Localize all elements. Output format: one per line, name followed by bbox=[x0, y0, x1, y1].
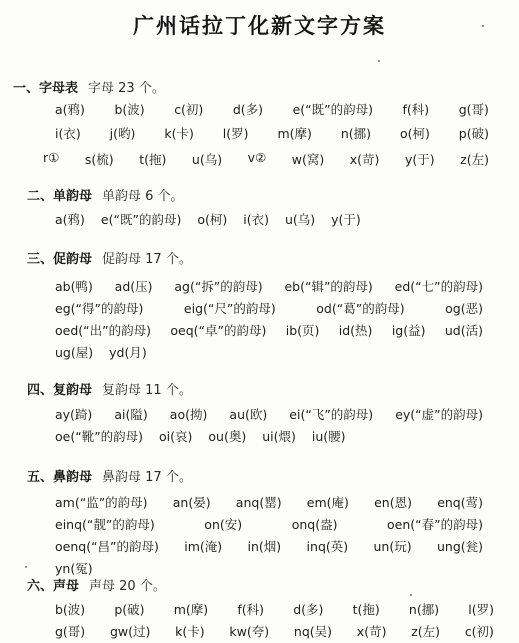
entry-paragraph: ay(踦) ai(隘) ao(拗) au(欧) ei(“飞”的韵母) ey(“虚… bbox=[55, 404, 495, 448]
letter-entry: v② bbox=[248, 150, 267, 168]
letter-entry: n(挪) bbox=[341, 124, 371, 142]
letter-entry: x(苛) bbox=[350, 150, 380, 168]
section-heading: 二、单韵母单韵母 6 个。 bbox=[27, 185, 184, 204]
initial-entry: n(挪) bbox=[409, 600, 439, 618]
letter-entry: t(拖) bbox=[139, 150, 166, 168]
final-entry: ai(隘) bbox=[114, 404, 147, 426]
final-entry: ed(“七”的韵母) bbox=[395, 276, 483, 298]
initial-entry: nq(吴) bbox=[294, 622, 332, 640]
initial-entry: l(罗) bbox=[468, 600, 494, 618]
section-description: 单韵母 6 个。 bbox=[102, 189, 184, 204]
letter-entry: i(衣) bbox=[55, 124, 81, 142]
section-description: 字母 23 个。 bbox=[88, 81, 165, 96]
final-entry: i(衣) bbox=[243, 210, 269, 228]
final-entry: oeq(“卓”的韵母) bbox=[170, 320, 266, 342]
letter-entry: u(乌) bbox=[192, 150, 222, 168]
initial-entry: gw(过) bbox=[110, 622, 150, 640]
final-entry: eg(“得”的韵母) bbox=[55, 298, 143, 320]
letter-entry: a(鸦) bbox=[55, 100, 85, 118]
entry-line: b(波) p(破) m(摩) f(科) d(多) t(拖) n(挪) l(罗) bbox=[55, 600, 494, 618]
final-entry: au(欧) bbox=[229, 404, 267, 426]
initial-entry: g(哥) bbox=[55, 622, 85, 640]
final-entry: ui(煨) bbox=[262, 426, 296, 448]
letter-entry: y(于) bbox=[405, 150, 435, 168]
final-entry: ud(活) bbox=[445, 320, 483, 342]
letter-entry: e(“既”的韵母) bbox=[293, 100, 373, 118]
final-entry: ig(益) bbox=[392, 320, 426, 342]
final-entry: ao(拗) bbox=[170, 404, 208, 426]
final-entry: enq(莺) bbox=[437, 492, 483, 514]
scan-speck bbox=[378, 60, 380, 62]
initial-entry: k(卡) bbox=[175, 622, 205, 640]
final-entry: in(烟) bbox=[248, 536, 282, 558]
scan-speck bbox=[25, 566, 27, 568]
final-entry: iu(腰) bbox=[312, 426, 346, 448]
final-entry: e(“既”的韵母) bbox=[101, 210, 181, 228]
final-entry: oen(“春”的韵母) bbox=[387, 514, 483, 536]
final-entry: oenq(“昌”的韵母) bbox=[55, 536, 159, 558]
initial-entry: x(苛) bbox=[357, 622, 387, 640]
initial-entry: kw(夸) bbox=[229, 622, 269, 640]
letter-entry: f(科) bbox=[403, 100, 430, 118]
final-entry: an(晏) bbox=[173, 492, 211, 514]
initial-entry: c(初) bbox=[465, 622, 494, 640]
final-entry: oe(“靴”的韵母) bbox=[55, 426, 143, 448]
final-entry: oi(哀) bbox=[159, 426, 192, 448]
section-heading: 六、声母声母 20 个。 bbox=[27, 575, 166, 594]
entry-line: r① s(梳) t(拖) u(乌) v② w(窝) x(苛) y(于) z(左) bbox=[43, 150, 489, 168]
final-entry: anq(罂) bbox=[236, 492, 282, 514]
document-page: 广州话拉丁化新文字方案 一、字母表字母 23 个。 a(鸦) b(波) c(初)… bbox=[0, 0, 519, 643]
letter-entry: m(摩) bbox=[277, 124, 311, 142]
section-heading: 四、复韵母复韵母 11 个。 bbox=[27, 379, 192, 398]
final-entry: yd(月) bbox=[109, 342, 147, 364]
section-title: 三、促韵母 bbox=[27, 252, 92, 267]
letter-entry: o(柯) bbox=[400, 124, 430, 142]
section-heading: 一、字母表字母 23 个。 bbox=[13, 77, 165, 96]
final-entry: eb(“辑”的韵母) bbox=[284, 276, 372, 298]
section-description: 声母 20 个。 bbox=[89, 579, 166, 594]
section-title: 五、鼻韵母 bbox=[27, 470, 92, 485]
initial-entry: d(多) bbox=[293, 600, 323, 618]
final-entry: en(恩) bbox=[374, 492, 412, 514]
document-title: 广州话拉丁化新文字方案 bbox=[0, 10, 519, 40]
section-heading: 三、促韵母促韵母 17 个。 bbox=[27, 248, 192, 267]
scan-speck bbox=[410, 594, 412, 596]
final-entry: id(热) bbox=[339, 320, 373, 342]
initial-entry: p(破) bbox=[114, 600, 144, 618]
initial-entry: t(拖) bbox=[353, 600, 380, 618]
letter-entry: p(破) bbox=[459, 124, 489, 142]
section-title: 六、声母 bbox=[27, 579, 79, 594]
final-entry: am(“监”的韵母) bbox=[55, 492, 148, 514]
entry-paragraph: am(“监”的韵母) an(晏) anq(罂) em(庵) en(恩) enq(… bbox=[55, 492, 495, 580]
final-entry: ey(“虚”的韵母) bbox=[395, 404, 483, 426]
initial-entry: f(科) bbox=[237, 600, 264, 618]
final-entry: onq(盎) bbox=[292, 514, 338, 536]
letter-entry: b(波) bbox=[114, 100, 144, 118]
scan-speck bbox=[482, 25, 484, 27]
final-entry: u(乌) bbox=[285, 210, 315, 228]
final-entry: inq(英) bbox=[307, 536, 349, 558]
section-description: 促韵母 17 个。 bbox=[102, 252, 192, 267]
final-entry: un(玩) bbox=[374, 536, 412, 558]
letter-entry: j(哟) bbox=[110, 124, 136, 142]
letter-entry: w(窝) bbox=[292, 150, 324, 168]
final-entry: ug(屋) bbox=[55, 342, 93, 364]
section-title: 四、复韵母 bbox=[27, 383, 92, 398]
final-entry: ab(鸭) bbox=[55, 276, 93, 298]
final-entry: ung(瓮) bbox=[437, 536, 483, 558]
final-entry: ou(奥) bbox=[208, 426, 246, 448]
section-title: 二、单韵母 bbox=[27, 189, 92, 204]
final-entry: on(安) bbox=[204, 514, 242, 536]
entry-line: a(鸦) e(“既”的韵母) o(柯) i(衣) u(乌) y(于) bbox=[55, 210, 499, 228]
final-entry: od(“葛”的韵母) bbox=[316, 298, 404, 320]
final-entry: ib(页) bbox=[286, 320, 320, 342]
letter-entry: g(哥) bbox=[459, 100, 489, 118]
final-entry: ay(踦) bbox=[55, 404, 92, 426]
initial-entry: b(波) bbox=[55, 600, 85, 618]
final-entry: og(恶) bbox=[445, 298, 483, 320]
final-entry: einq(“靓”的韵母) bbox=[55, 514, 155, 536]
final-entry: a(鸦) bbox=[55, 210, 85, 228]
final-entry: oed(“出”的韵母) bbox=[55, 320, 151, 342]
initial-entry: z(左) bbox=[411, 622, 440, 640]
section-title: 一、字母表 bbox=[13, 81, 78, 96]
final-entry: eig(“尺”的韵母) bbox=[184, 298, 276, 320]
section-heading: 五、鼻韵母鼻韵母 17 个。 bbox=[27, 466, 192, 485]
letter-entry: z(左) bbox=[460, 150, 489, 168]
entry-line: a(鸦) b(波) c(初) d(多) e(“既”的韵母) f(科) g(哥) bbox=[55, 100, 489, 118]
final-entry: ei(“飞”的韵母) bbox=[289, 404, 373, 426]
final-entry: ag(“拆”的韵母) bbox=[174, 276, 262, 298]
initial-entry: m(摩) bbox=[174, 600, 208, 618]
section-description: 鼻韵母 17 个。 bbox=[102, 470, 192, 485]
entry-paragraph: ab(鸭) ad(压) ag(“拆”的韵母) eb(“辑”的韵母) ed(“七”… bbox=[55, 276, 495, 364]
entry-line: g(哥) gw(过) k(卡) kw(夸) nq(吴) x(苛) z(左) c(… bbox=[55, 622, 494, 640]
letter-entry: r① bbox=[43, 150, 59, 168]
letter-entry: k(卡) bbox=[164, 124, 194, 142]
final-entry: y(于) bbox=[331, 210, 361, 228]
entry-line: i(衣) j(哟) k(卡) l(罗) m(摩) n(挪) o(柯) p(破) bbox=[55, 124, 489, 142]
final-entry: em(庵) bbox=[307, 492, 349, 514]
section-description: 复韵母 11 个。 bbox=[102, 383, 192, 398]
letter-entry: c(初) bbox=[174, 100, 203, 118]
letter-entry: s(梳) bbox=[85, 150, 114, 168]
final-entry: im(淹) bbox=[184, 536, 222, 558]
letter-entry: d(多) bbox=[233, 100, 263, 118]
letter-entry: l(罗) bbox=[223, 124, 249, 142]
final-entry: o(柯) bbox=[197, 210, 227, 228]
final-entry: ad(压) bbox=[115, 276, 153, 298]
